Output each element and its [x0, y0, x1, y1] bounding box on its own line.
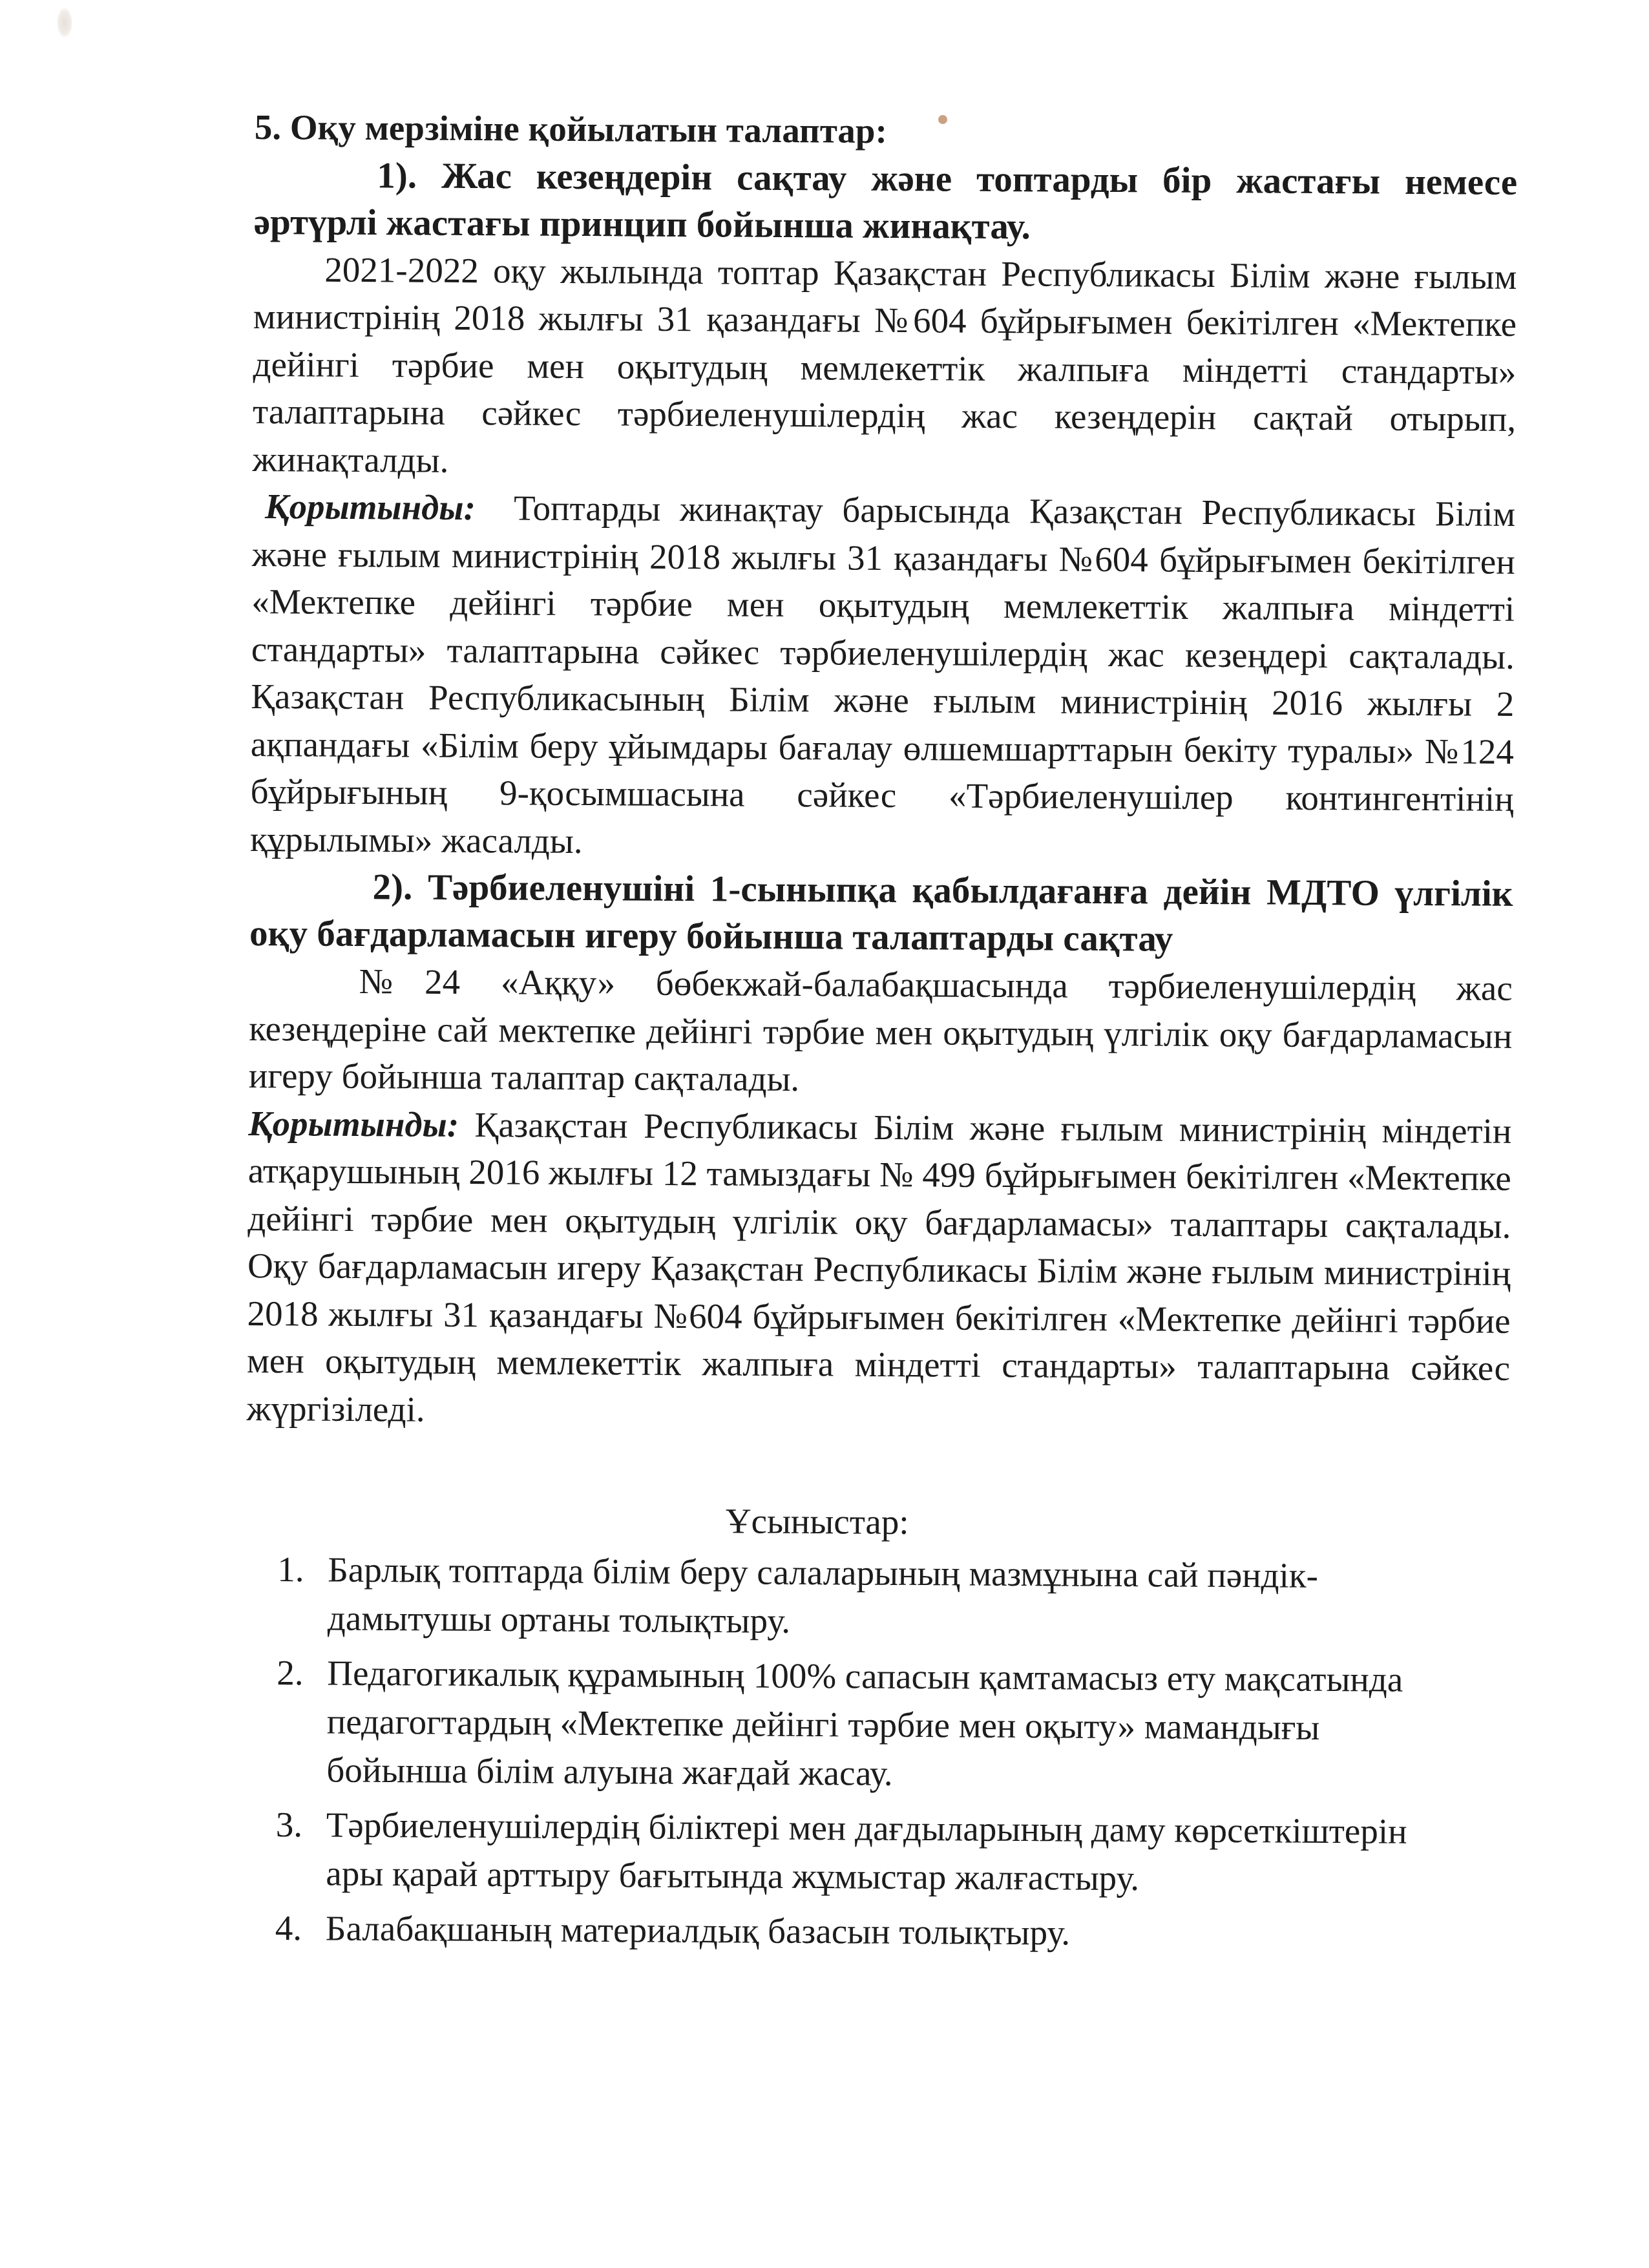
recommendations-section: Ұсыныстар: 1. Барлық топтарда білім беру…: [275, 1496, 1493, 1966]
section-requirements: 5. Оқу мерзіміне қойылатын талаптар: 1).…: [246, 103, 1518, 1440]
scanned-document-page: 5. Оқу мерзіміне қойылатын талаптар: 1).…: [0, 0, 1649, 2268]
recommendation-text: Педагогикалық құрамының 100% сапасын қам…: [326, 1648, 1491, 1801]
recommendation-number: 1.: [277, 1545, 328, 1642]
recommendation-text: Тәрбиеленушілердің біліктері мен дағдыла…: [326, 1800, 1491, 1904]
recommendation-number: 2.: [276, 1648, 327, 1794]
recommendation-item: 1. Барлық топтарда білім беру салаларыны…: [277, 1545, 1493, 1649]
recommendation-item: 4. Балабақшаның материалдық базасын толы…: [275, 1904, 1490, 1959]
conclusion-label: Қорытынды:: [252, 487, 476, 527]
recommendations-title: Ұсыныстар:: [278, 1496, 1493, 1548]
conclusion-text: Қазақстан Республикасы Білім және ғылым …: [246, 1105, 1511, 1429]
recommendation-item: 3. Тәрбиеленушілердің біліктері мен дағд…: [275, 1800, 1491, 1904]
conclusion-label: Қорытынды:: [248, 1103, 459, 1144]
conclusion-text: Топтарды жинақтау барысында Қазақстан Ре…: [250, 488, 1515, 860]
recommendation-number: 3.: [275, 1800, 326, 1897]
subsection-paragraph-1: 2021-2022 оқу жылында топтар Қазақстан Р…: [252, 245, 1517, 490]
recommendation-item: 2. Педагогикалық құрамының 100% сапасын …: [276, 1648, 1491, 1801]
subsection-conclusion-1: Қорытынды: Топтарды жинақтау барысында Қ…: [250, 483, 1516, 870]
recommendation-text: Балабақшаның материалдық базасын толықты…: [326, 1904, 1490, 1959]
recommendation-text: Барлық топтарда білім беру салаларының м…: [328, 1545, 1493, 1649]
subsection-heading-1: 1). Жас кезеңдерін сақтау және топтарды …: [254, 151, 1518, 253]
subsection-conclusion-2: Қорытынды: Қазақстан Республикасы Білім …: [246, 1099, 1511, 1439]
section-title: 5. Оқу мерзіміне қойылатын талаптар:: [255, 103, 1518, 158]
subsection-heading-2: 2). Тәрбиеленушіні 1-сыныпқа қабылдағанғ…: [249, 863, 1513, 965]
recommendation-number: 4.: [275, 1904, 326, 1952]
scan-artifact: [57, 8, 72, 37]
subsection-paragraph-2: №24 «Аққу» бөбекжай-балабақшасында тәрби…: [249, 957, 1513, 1107]
recommendations-list: 1. Барлық топтарда білім беру салаларыны…: [275, 1545, 1493, 1959]
